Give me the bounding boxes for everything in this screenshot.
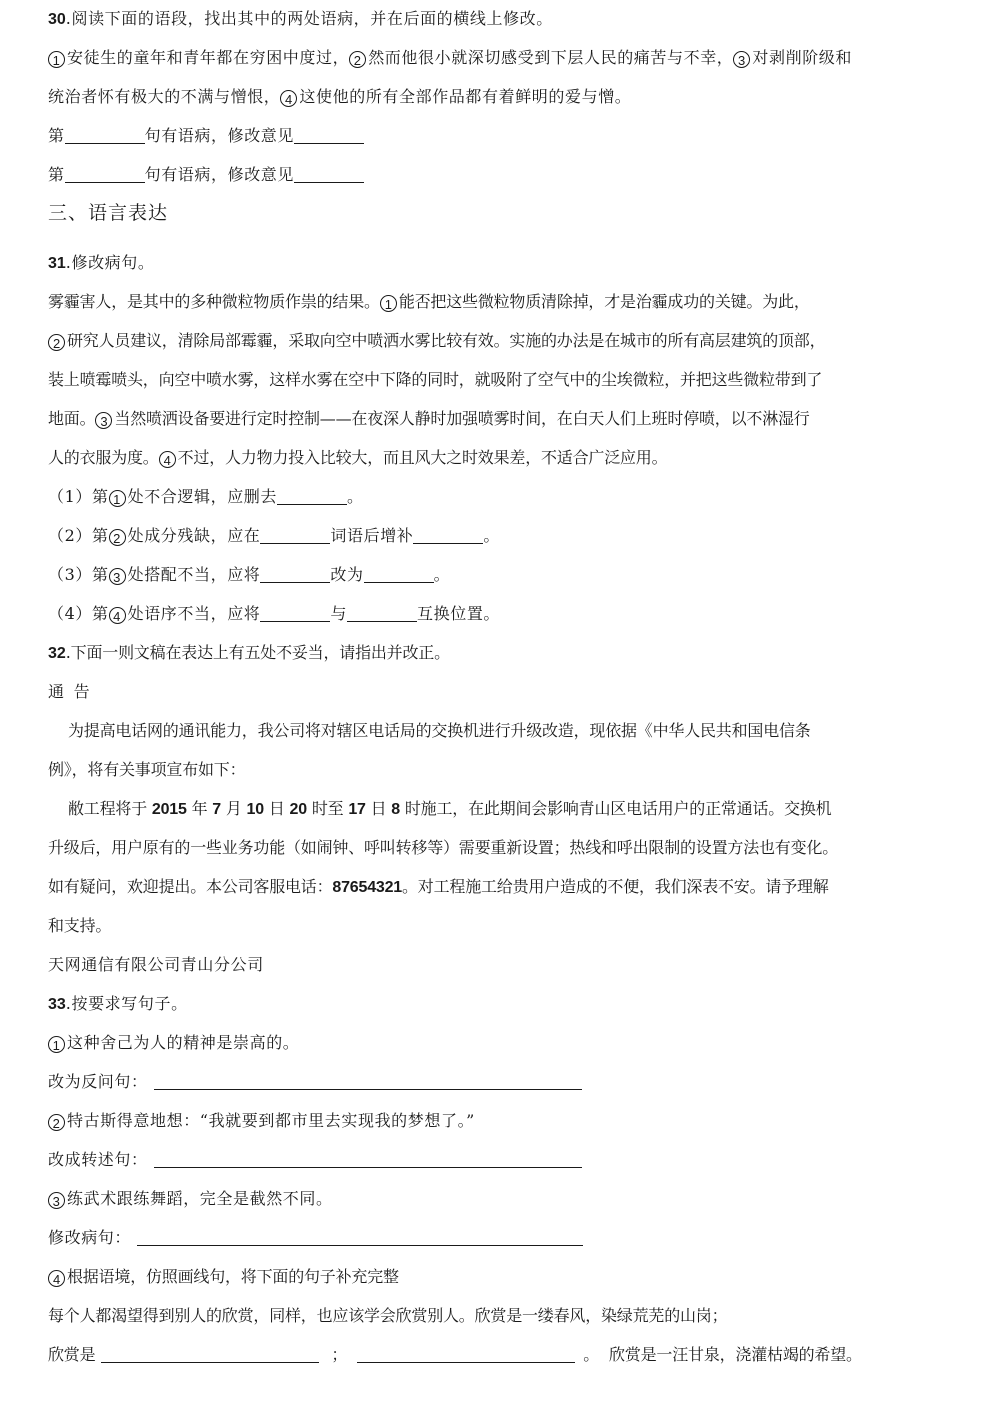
sentence-3: 对剥削阶级和 <box>752 48 852 67</box>
sentence-4: 这使他的所有全部作品都有着鲜明的爱与憎。 <box>299 87 631 106</box>
sub-label: （1）第 <box>48 487 109 506</box>
answer-prefix: 第 <box>48 165 65 184</box>
passage-text: 不过，人力物力投入比较大，而且风大之时效果差，不适合广泛应用。 <box>178 448 668 467</box>
sub-end: 。 <box>483 526 500 545</box>
item-text: 这种舍己为人的精神是崇高的。 <box>67 1033 299 1052</box>
circled-number-1: 1 <box>109 490 126 507</box>
circled-number-4: 4 <box>109 607 126 624</box>
sub-end: 。 <box>434 565 451 584</box>
sub-label: （3）第 <box>48 565 109 584</box>
revision-blank[interactable] <box>294 128 364 144</box>
q33-item-4: 4根据语境，仿照画线句，将下面的句子补充完整 <box>48 1267 399 1287</box>
q33-item-4-answer: 欣赏是；。欣赏是一汪甘泉，浇灌枯竭的希望。 <box>48 1345 862 1365</box>
sub-text: 处成分残缺，应在 <box>128 526 261 545</box>
circled-number-2: 2 <box>48 1114 65 1131</box>
circled-number-1: 1 <box>48 51 65 68</box>
question-number: 31 <box>48 255 66 272</box>
q32-prompt: 32.下面一则文稿在表达上有五处不妥当，请指出并改正。 <box>48 643 450 664</box>
month: 7 <box>212 801 221 818</box>
q33-item-1-answer: 改为反问句： <box>48 1072 582 1092</box>
notice-para-2-line-3: 如有疑问，欢迎提出。本公司客服电话：87654321。对工程施工给贵用户造成的不… <box>48 877 829 898</box>
sub-label: （2）第 <box>48 526 109 545</box>
item-text: 练武术跟练舞蹈，完全是截然不同。 <box>67 1189 333 1208</box>
notice-text: 敝工程将于 <box>68 799 152 818</box>
sub-text: 处不合逻辑，应删去 <box>128 487 277 506</box>
question-number: 33 <box>48 996 66 1013</box>
notice-para-1-line-1: 为提高电话网的通讯能力，我公司将对辖区电话局的交换机进行升级改造，现依据《中华人… <box>68 721 811 741</box>
answer-blank[interactable] <box>277 489 347 505</box>
answer-line[interactable] <box>137 1230 583 1246</box>
answer-label: 句有语病，修改意见 <box>145 126 294 145</box>
circled-number-3: 3 <box>48 1192 65 1209</box>
circled-number-4: 4 <box>48 1270 65 1287</box>
answer-line[interactable] <box>154 1152 582 1168</box>
answer-blank[interactable] <box>347 606 417 622</box>
answer-blank[interactable] <box>260 567 330 583</box>
sentence-2: 然而他很小就深切感受到下层人民的痛苦与不幸， <box>368 48 733 67</box>
notice-signature: 天网通信有限公司青山分公司 <box>48 955 264 975</box>
notice-para-2-line-2: 升级后，用户原有的一些业务功能（如闹钟、呼叫转移等）需要重新设置；热线和呼出限制… <box>48 838 838 858</box>
q33-item-2: 2特古斯得意地想：“我就要到都市里去实现我的梦想了。” <box>48 1111 475 1131</box>
notice-text: 时施工，在此期间会影响青山区电话用户的正常通话。交换机 <box>400 799 832 818</box>
sub-text: 与 <box>330 604 347 623</box>
task-label: 改为反问句： <box>48 1072 148 1091</box>
circled-number-1: 1 <box>48 1036 65 1053</box>
notice-text: 年 <box>187 799 213 818</box>
q31-passage-line-5: 人的衣服为度。4不过，人力物力投入比较大，而且风大之时效果差，不适合广泛应用。 <box>48 448 667 468</box>
notice-title: 通 告 <box>48 682 89 702</box>
q30-passage-line-2: 统治者怀有极大的不满与憎恨，4这使他的所有全部作品都有着鲜明的爱与憎。 <box>48 87 631 107</box>
sub-end: 。 <box>347 487 364 506</box>
day: 10 <box>247 801 264 818</box>
notice-para-2-line-4: 和支持。 <box>48 916 111 936</box>
hour: 8 <box>391 801 400 818</box>
q31-passage-line-4: 地面。3当然喷洒设备要进行定时控制——在夜深人静时加强喷雾时间，在白天人们上班时… <box>48 409 810 429</box>
sub-text: 词语后增补 <box>330 526 413 545</box>
passage-text: 当然喷洒设备要进行定时控制——在夜深人静时加强喷雾时间，在白天人们上班时停喷，以… <box>114 409 809 428</box>
answer-blank[interactable] <box>364 567 434 583</box>
q33-prompt: 33.按要求写句子。 <box>48 994 188 1015</box>
circled-number-1: 1 <box>380 295 397 312</box>
q33-item-4-context: 每个人都渴望得到别人的欣赏，同样，也应该学会欣赏别人。欣赏是一缕春风，染绿荒芜的… <box>48 1306 727 1326</box>
answer-blank[interactable] <box>260 528 330 544</box>
q31-passage-line-3: 装上喷霉喷头，向空中喷水雾，这样水雾在空中下降的同时，就吸附了空气中的尘埃微粒，… <box>48 370 822 390</box>
notice-para-2-line-1: 敝工程将于 2015 年 7 月 10 日 20 时至 17 日 8 时施工，在… <box>68 799 832 820</box>
passage-text: 地面。 <box>48 409 95 428</box>
answer-prefix: 第 <box>48 126 65 145</box>
q31-sub-2: （2）第2处成分残缺，应在词语后增补。 <box>48 526 500 546</box>
question-text: .下面一则文稿在表达上有五处不妥当，请指出并改正。 <box>66 643 450 662</box>
q31-sub-4: （4）第4处语序不当，应将与互换位置。 <box>48 604 500 624</box>
notice-text: 如有疑问，欢迎提出。本公司客服电话： <box>48 877 332 896</box>
notice-text: 月 <box>221 799 247 818</box>
q31-passage-line-1: 雾霾害人，是其中的多种微粒物质作祟的结果。1能否把这些微粒物质清除掉，才是治霾成… <box>48 292 810 312</box>
q31-sub-1: （1）第1处不合逻辑，应删去。 <box>48 487 364 507</box>
passage-text: 人的衣服为度。 <box>48 448 159 467</box>
item-text: 根据语境，仿照画线句，将下面的句子补充完整 <box>67 1267 399 1286</box>
answer-line[interactable] <box>154 1074 582 1090</box>
separator: ； <box>331 1345 347 1364</box>
answer-blank[interactable] <box>413 528 483 544</box>
circled-number-2: 2 <box>109 529 126 546</box>
passage-text: 雾霾害人，是其中的多种微粒物质作祟的结果。 <box>48 292 380 311</box>
question-text: .修改病句。 <box>66 253 155 272</box>
sub-text: 改为 <box>330 565 363 584</box>
notice-text: 日 <box>366 799 392 818</box>
circled-number-4: 4 <box>280 90 297 107</box>
notice-para-1-line-2: 例》，将有关事项宣布如下： <box>48 760 245 780</box>
circled-number-2: 2 <box>349 51 366 68</box>
answer-line-1[interactable] <box>101 1347 319 1363</box>
q31-passage-line-2: 2研究人员建议，清除局部霉霾，采取向空中喷洒水雾比较有效。实施的办法是在城市的所… <box>48 331 825 351</box>
answer-blank[interactable] <box>260 606 330 622</box>
sentence-number-blank[interactable] <box>65 128 145 144</box>
circled-number-4: 4 <box>159 451 176 468</box>
question-number: 30 <box>48 11 66 28</box>
section-heading: 三、语言表达 <box>48 203 168 223</box>
answer-line-2[interactable] <box>357 1347 575 1363</box>
hour: 20 <box>290 801 307 818</box>
circled-number-3: 3 <box>95 412 112 429</box>
period: 。 <box>583 1345 599 1364</box>
sub-text: 处搭配不当，应将 <box>128 565 261 584</box>
circled-number-3: 3 <box>733 51 750 68</box>
passage-text: 能否把这些微粒物质清除掉，才是治霾成功的关键。为此， <box>399 292 810 311</box>
year: 2015 <box>152 801 187 818</box>
passage-text: 研究人员建议，清除局部霉霾，采取向空中喷洒水雾比较有效。实施的办法是在城市的所有… <box>67 331 825 350</box>
task-label: 修改病句： <box>48 1228 131 1247</box>
sentence-1: 安徒生的童年和青年都在穷困中度过， <box>67 48 349 67</box>
notice-text: 时至 <box>307 799 348 818</box>
q33-item-3-answer: 修改病句： <box>48 1228 583 1248</box>
notice-text: 日 <box>264 799 290 818</box>
tail-text: 欣赏是一汪甘泉，浇灌枯竭的希望。 <box>609 1345 862 1364</box>
question-text: .按要求写句子。 <box>66 994 188 1013</box>
answer-label: 句有语病，修改意见 <box>145 165 294 184</box>
q33-item-2-answer: 改成转述句： <box>48 1150 582 1170</box>
q33-item-3: 3练武术跟练舞蹈，完全是截然不同。 <box>48 1189 333 1209</box>
item-text: 特古斯得意地想：“我就要到都市里去实现我的梦想了。” <box>67 1111 475 1130</box>
q30-answer-line-1: 第句有语病，修改意见 <box>48 126 364 146</box>
circled-number-2: 2 <box>48 334 65 351</box>
sentence-number-blank[interactable] <box>65 167 145 183</box>
question-text: .阅读下面的语段，找出其中的两处语病，并在后面的横线上修改。 <box>66 9 553 28</box>
q30-prompt: 30.阅读下面的语段，找出其中的两处语病，并在后面的横线上修改。 <box>48 9 553 30</box>
q33-item-1: 1这种舍己为人的精神是崇高的。 <box>48 1033 299 1053</box>
revision-blank[interactable] <box>294 167 364 183</box>
sub-text: 处语序不当，应将 <box>128 604 261 623</box>
sentence-3-cont: 统治者怀有极大的不满与憎恨， <box>48 87 280 106</box>
question-number: 32 <box>48 645 66 662</box>
sub-label: （4）第 <box>48 604 109 623</box>
circled-number-3: 3 <box>109 568 126 585</box>
phone-number: 87654321 <box>332 879 402 896</box>
notice-text: 。对工程施工给贵用户造成的不便，我们深表不安。请予理解 <box>402 877 829 896</box>
q31-prompt: 31.修改病句。 <box>48 253 154 274</box>
answer-prefix: 欣赏是 <box>48 1345 95 1364</box>
q30-answer-line-2: 第句有语病，修改意见 <box>48 165 364 185</box>
q31-sub-3: （3）第3处搭配不当，应将改为。 <box>48 565 450 585</box>
sub-end: 互换位置。 <box>417 604 500 623</box>
day: 17 <box>348 801 365 818</box>
q30-passage-line-1: 1安徒生的童年和青年都在穷困中度过，2然而他很小就深切感受到下层人民的痛苦与不幸… <box>48 48 852 68</box>
task-label: 改成转述句： <box>48 1150 148 1169</box>
